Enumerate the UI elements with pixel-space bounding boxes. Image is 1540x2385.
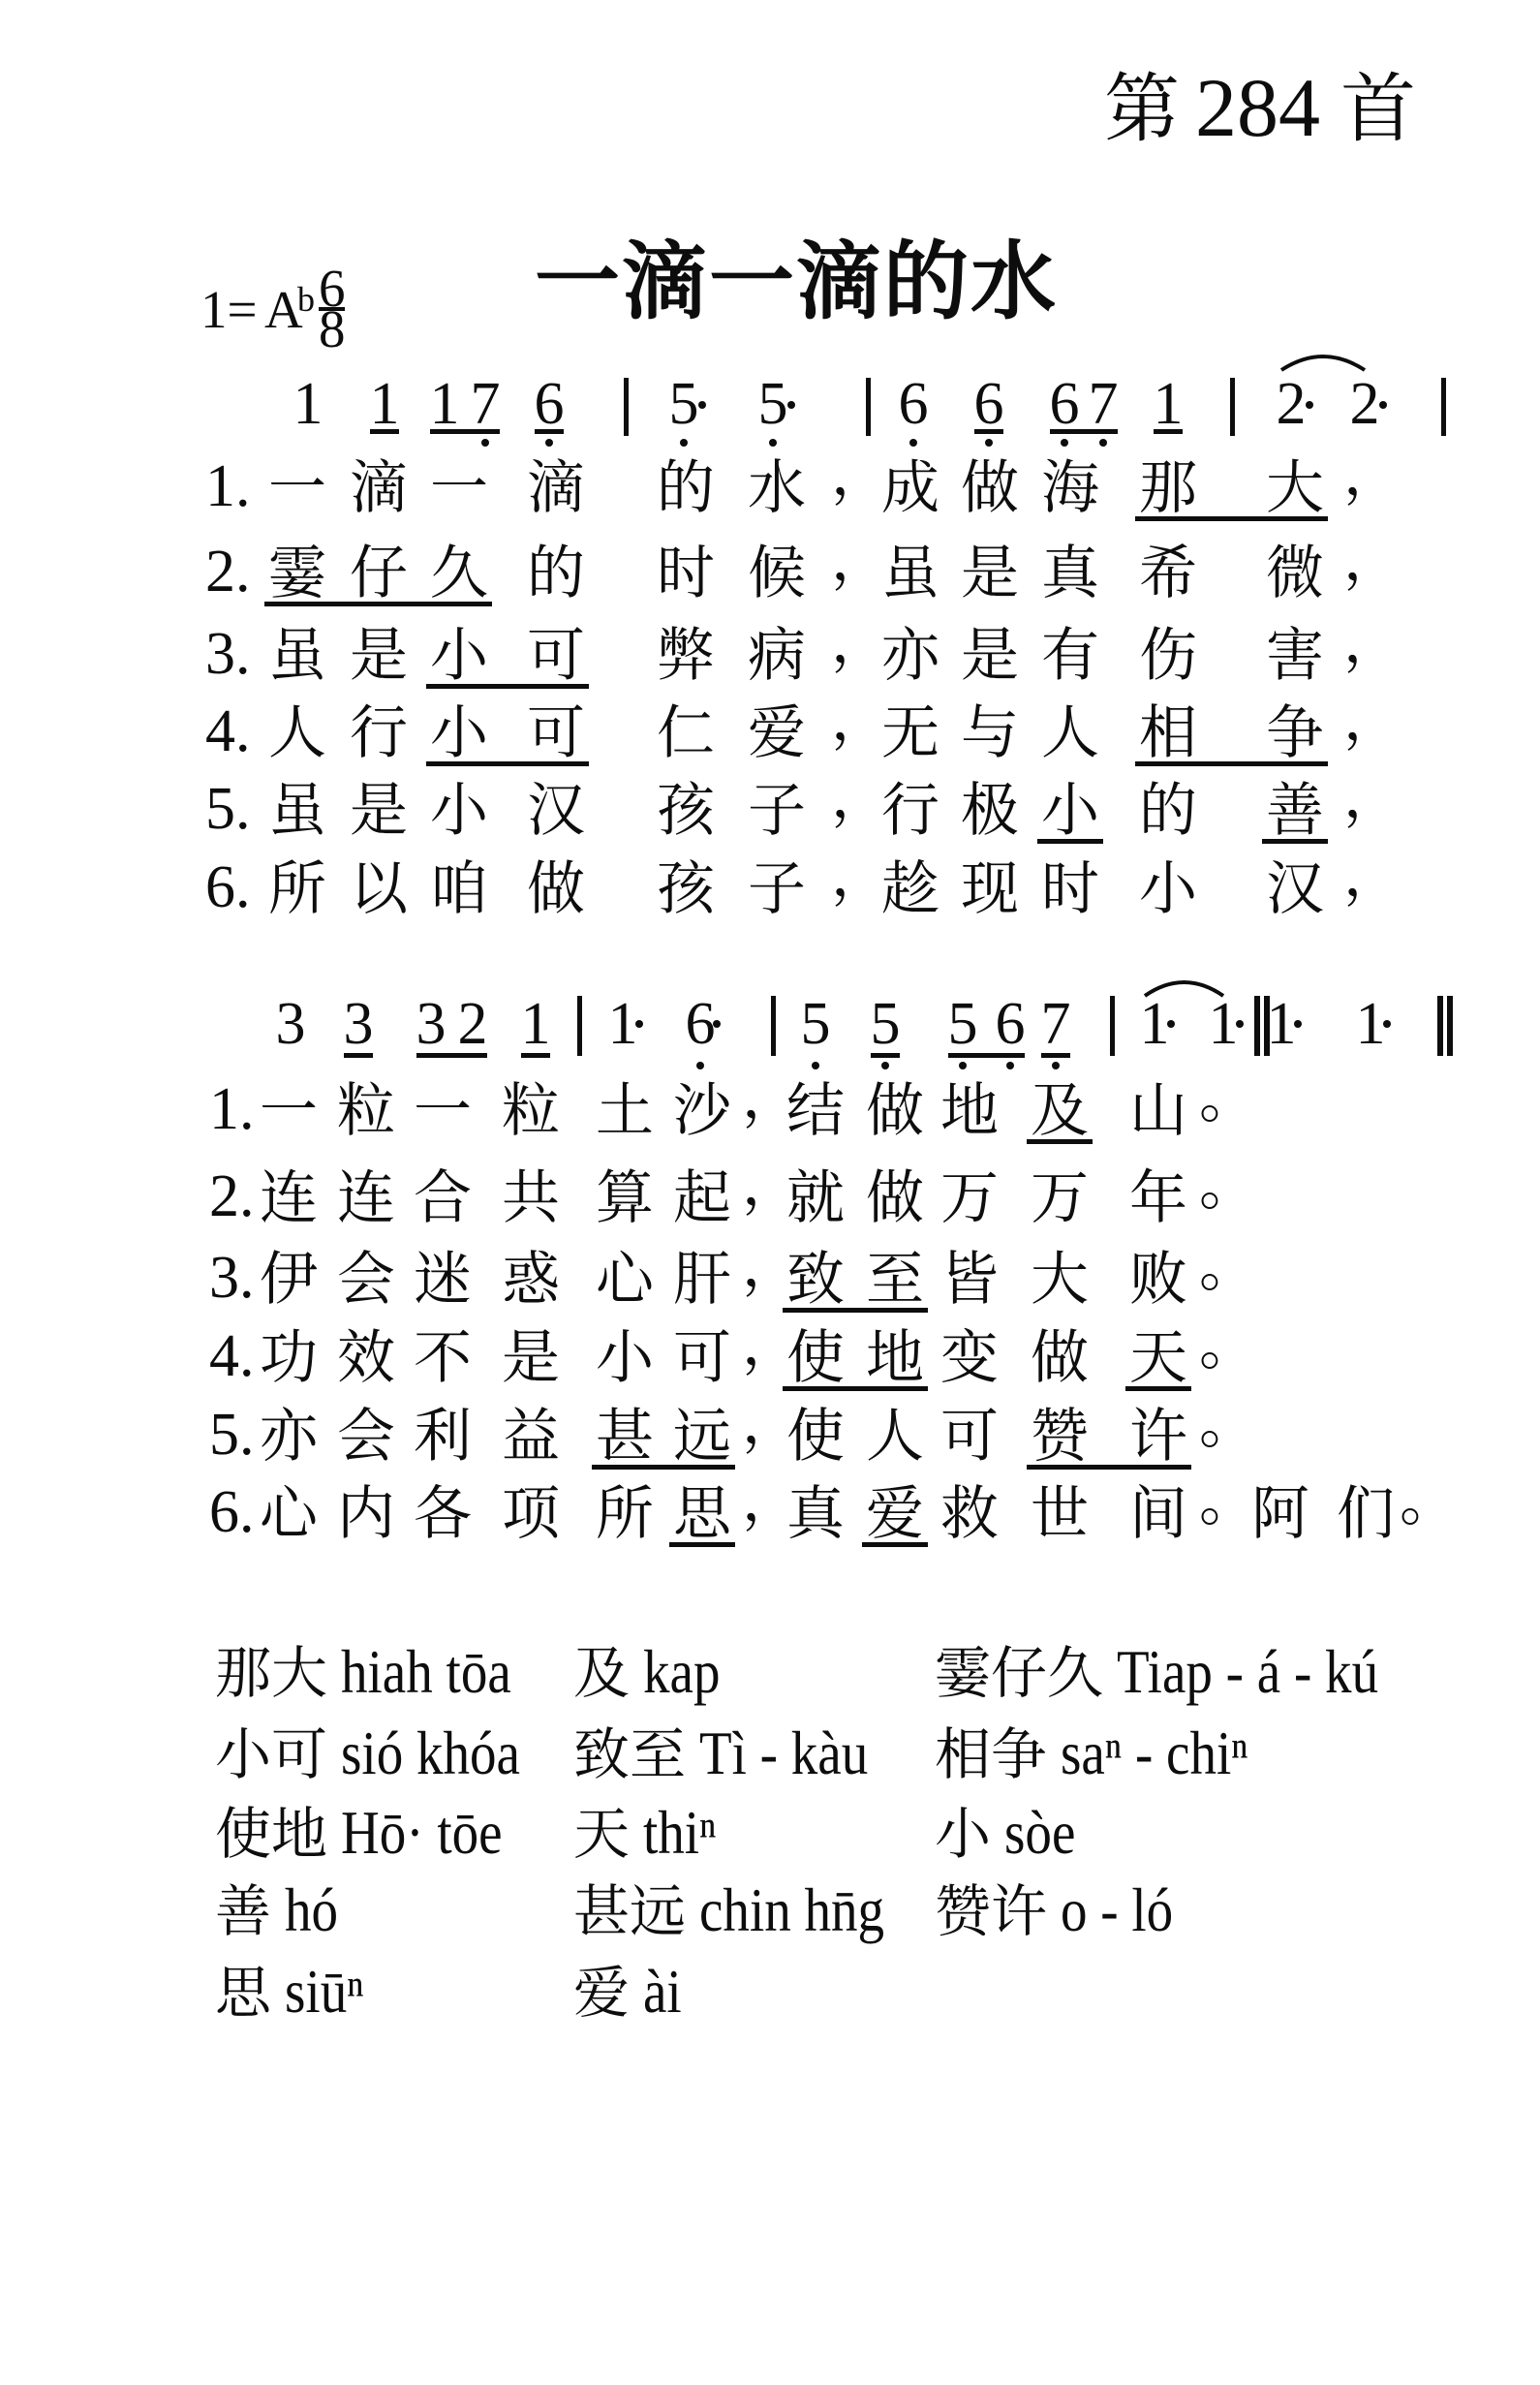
lyric-char: 会 [331,1403,401,1471]
lyric-char: 微 [1260,540,1330,607]
lyric-char: 是 [955,622,1025,690]
glossary-romanization: o - ló [1061,1876,1173,1944]
verse-number: 5. [205,779,251,839]
note-digit: 1 [425,374,464,434]
lyric-char: 合 [408,1164,477,1232]
note-digit: 6 [530,374,569,434]
barline [1230,378,1235,436]
lyric-underline [426,684,589,689]
glossary-romanization: Tì - kàu [699,1719,868,1787]
lyric-punctuation: ， [1338,763,1407,831]
lyric-char: 人 [262,699,332,767]
low-octave-dot [985,439,993,447]
lyric-char: 连 [331,1164,401,1232]
note-digit: 1 [289,374,327,434]
verse-number: 4. [209,1326,255,1386]
lyric-char: 致 [781,1246,850,1314]
glossary-romanization: Tiap - á - kú [1117,1638,1378,1706]
lyric-char: 仔 [344,540,414,607]
lyric-char: 孩 [651,777,721,845]
note-digit: 2 [453,994,492,1054]
lyric-char: 小 [1035,777,1105,845]
glossary-entry: 相争saⁿ - chiⁿ [935,1719,1278,1787]
lyric-underline [426,761,589,766]
glossary-romanization: Hō· tōe [341,1799,503,1867]
lyric-char: 及 [1025,1077,1094,1145]
lyric-punctuation: ， [1338,608,1407,676]
note-digit: 5 [796,994,835,1054]
lyric-char: 弊 [651,622,721,690]
lyric-char: 地 [935,1077,1004,1145]
lyric-char: 皆 [935,1246,1004,1314]
lyric-char: 时 [651,540,721,607]
note-digit: 7 [466,374,505,434]
barline [1441,378,1446,436]
glossary-romanization: ài [643,1958,682,2026]
lyric-char: 起 [667,1164,737,1232]
lyric-char: 可 [935,1403,1004,1471]
note-digit: 7 [1036,994,1075,1054]
note-digit: 5 [664,374,703,434]
glossary-term: 小可 [215,1721,327,1787]
lyric-char: 就 [781,1164,850,1232]
hymn-number: 284 [1195,66,1320,149]
lyric-char: 仁 [651,699,721,767]
note-underline [370,429,399,434]
note-digit: 6 [970,374,1008,434]
lyric-char: 山 [1124,1077,1193,1145]
lyric-char: 子 [742,855,812,923]
glossary-romanization: hó [285,1876,338,1944]
lyric-char: 内 [331,1480,401,1548]
lyric-char: 天 [1124,1324,1193,1392]
glossary-romanization: sòe [1004,1799,1075,1867]
lyric-underline [669,1542,735,1547]
lyric-char: 一 [254,1077,323,1145]
lyric-char: 益 [496,1403,566,1471]
lyric-char: 有 [1035,622,1105,690]
verse-number: 1. [209,1079,255,1139]
barline [624,378,629,436]
lyric-char: 思 [667,1480,737,1548]
lyric-char: 大 [1260,454,1330,522]
lyric-char: 无 [876,699,945,767]
lyric-char: 孩 [651,855,721,923]
lyric-char: 小 [590,1324,660,1392]
note-digit: 5 [943,994,982,1054]
barline [577,996,582,1056]
note-underline [1041,1053,1070,1058]
glossary-entry: 天thiⁿ [573,1799,728,1867]
lyric-char: 候 [742,540,812,607]
lyric-punctuation: 。 [1193,1389,1263,1457]
hymn-number-prefix: 第 [1104,72,1180,147]
lyric-char: 所 [262,855,332,923]
lyric-char: 间 [1124,1480,1193,1548]
augmentation-dot [635,1020,643,1028]
verse-number: 3. [209,1248,255,1308]
lyric-char: 是 [344,622,414,690]
lyric-char: 沙 [667,1077,737,1145]
lyric-char: 会 [331,1246,401,1314]
barline [1110,996,1115,1056]
lyric-char: 地 [860,1324,930,1392]
lyric-char: 土 [590,1077,660,1145]
note-digit: 1 [1149,374,1187,434]
lyric-char: 肝 [667,1246,737,1314]
glossary-romanization: saⁿ - chiⁿ [1061,1719,1248,1787]
lyric-char: 伤 [1133,622,1203,690]
glossary-term: 小 [935,1801,991,1867]
lyric-underline [1262,839,1328,844]
augmentation-dot [787,401,795,409]
verse-number: 1. [205,456,251,516]
lyric-char: 那 [1133,454,1203,522]
verse-number: 3. [205,624,251,684]
lyric-char: 极 [955,777,1025,845]
glossary-term: 思 [215,1960,271,2026]
glossary-entry: 使地Hō· tōe [215,1799,529,1867]
glossary-term: 天 [573,1801,630,1867]
lyric-char: 一 [424,454,494,522]
glossary-entry: 赞许o - ló [935,1876,1191,1944]
glossary-entry: 思siūⁿ [215,1958,377,2026]
lyric-char: 小 [424,622,494,690]
low-octave-dot [545,439,553,447]
lyric-char: 人 [1035,699,1105,767]
lyric-char: 万 [935,1164,1004,1232]
final-barline-stroke [1437,996,1443,1056]
lyric-char: 小 [424,699,494,767]
low-octave-dot [881,1062,889,1069]
lyric-char: 伊 [254,1246,323,1314]
verse-number: 2. [205,542,251,602]
lyric-char: 海 [1035,454,1105,522]
lyric-char: 做 [955,454,1025,522]
lyric-char: 趁 [876,855,945,923]
tie-arc [1143,975,1225,1000]
lyric-char: 病 [742,622,812,690]
lyric-char: 小 [424,777,494,845]
lyric-char: 咱 [424,855,494,923]
lyric-underline [1135,761,1328,766]
glossary-term: 霎仔久 [935,1640,1103,1706]
lyric-char: 共 [496,1164,566,1232]
low-octave-dot [909,439,917,447]
glossary-romanization: thiⁿ [643,1799,716,1867]
lyric-underline [1027,1465,1191,1470]
lyric-char: 行 [344,699,414,767]
low-octave-dot [696,1062,704,1069]
lyric-char: 是 [344,777,414,845]
lyric-underline [1027,1139,1093,1144]
lyric-char: 汉 [1260,855,1330,923]
verse-number: 6. [209,1482,255,1542]
lyric-punctuation: 。 [1193,1064,1263,1131]
lyric-punctuation: 。 [1193,1311,1263,1378]
note-digit: 5 [866,994,905,1054]
lyric-char: 爱 [860,1480,930,1548]
lyric-char: 争 [1260,699,1330,767]
lyric-char: 爱 [742,699,812,767]
song-title: 一滴一滴的水 [535,239,1058,325]
lyric-underline [592,1465,735,1470]
lyric-char: 不 [408,1324,477,1392]
glossary-entry: 善hó [215,1876,347,1944]
lyric-char: 粒 [331,1077,401,1145]
lyric-char: 以 [344,855,414,923]
lyric-char: 功 [254,1324,323,1392]
lyric-char: 连 [254,1164,323,1232]
lyric-char: 成 [876,454,945,522]
lyric-char: 心 [590,1246,660,1314]
note-digit: 6 [1045,374,1084,434]
lyric-char: 久 [424,540,494,607]
verse-number: 4. [205,701,251,761]
note-underline [1050,429,1118,434]
lyric-char: 时 [1035,855,1105,923]
glossary-term: 及 [573,1640,630,1706]
lyric-char: 虽 [876,540,945,607]
note-digit: 2 [1345,374,1384,434]
lyric-char: 希 [1133,540,1203,607]
lyric-char: 败 [1124,1246,1193,1314]
lyric-char: 亦 [254,1403,323,1471]
glossary-term: 那大 [215,1640,327,1706]
lyric-char: 行 [876,777,945,845]
note-digit: 1 [516,994,555,1054]
lyric-punctuation: ， [1338,842,1407,910]
low-octave-dot [1099,439,1107,447]
lyric-char: 项 [496,1480,566,1548]
glossary-entry: 甚远chin hn̄g [573,1876,914,1944]
lyric-char: 心 [254,1480,323,1548]
glossary-romanization: chin hn̄g [699,1876,884,1944]
lyric-char: 利 [408,1403,477,1471]
lyric-char: 现 [955,855,1025,923]
note-underline [535,429,564,434]
low-octave-dot [1061,439,1068,447]
low-octave-dot [812,1062,819,1069]
glossary-term: 使地 [215,1801,327,1867]
lyric-char: 可 [521,622,591,690]
glossary-entry: 小可sió khóa [215,1719,549,1787]
lyric-char: 许 [1124,1403,1193,1471]
glossary-term: 甚远 [573,1878,686,1944]
augmentation-dot [1167,1020,1175,1028]
lyric-char: 做 [860,1077,930,1145]
tie-arc [1279,349,1367,374]
lyric-char: 各 [408,1480,477,1548]
glossary-term: 致至 [573,1721,686,1787]
note-digit: 3 [412,994,450,1054]
lyric-char: 世 [1025,1480,1094,1548]
glossary-entry: 那大hiah tōa [215,1638,539,1706]
lyric-char: 所 [590,1480,660,1548]
lyric-char: 救 [935,1480,1004,1548]
double-barline-stroke [1254,996,1260,1056]
lyric-char: 害 [1260,622,1330,690]
glossary-entry: 爱ài [573,1958,688,2026]
lyric-char: 的 [521,540,591,607]
note-underline [521,1053,550,1058]
lyric-char: 小 [1133,855,1203,923]
lyric-underline [862,1542,928,1547]
glossary-romanization: kap [643,1638,720,1706]
glossary-term: 相争 [935,1721,1047,1787]
lyric-char: 一 [408,1077,477,1145]
lyric-punctuation: ， [1338,526,1407,594]
final-barline-stroke [1447,996,1453,1056]
glossary-term: 善 [215,1878,271,1944]
time-signature-denominator: 8 [319,302,345,356]
lyric-char: 做 [860,1164,930,1232]
note-digit: 6 [894,374,933,434]
lyric-char: 滴 [344,454,414,522]
lyric-char: 粒 [496,1077,566,1145]
lyric-char: 可 [521,699,591,767]
lyric-char: 年 [1124,1164,1193,1232]
glossary-entry: 霎仔久Tiap - á - kú [935,1638,1421,1706]
lyric-char: 的 [651,454,721,522]
lyric-char: 虽 [262,777,332,845]
lyric-char: 人 [860,1403,930,1471]
lyric-char: 可 [667,1324,737,1392]
lyric-char: 相 [1133,699,1203,767]
lyric-char: 结 [781,1077,850,1145]
lyric-char: 至 [860,1246,930,1314]
lyric-char: 是 [955,540,1025,607]
lyric-char: 变 [935,1324,1004,1392]
glossary-term: 爱 [573,1960,630,2026]
lyric-punctuation: ， [1338,441,1407,509]
lyric-punctuation: 。 [1394,1467,1463,1534]
note-digit: 6 [991,994,1030,1054]
lyric-char: 善 [1260,777,1330,845]
low-octave-dot [481,439,489,447]
lyric-underline [264,602,492,606]
lyric-char: 虽 [262,622,332,690]
verse-number: 2. [209,1166,255,1226]
augmentation-dot [1306,401,1313,409]
lyric-char: 惑 [496,1246,566,1314]
glossary-term: 赞许 [935,1878,1047,1944]
lyric-char: 真 [1035,540,1105,607]
augmentation-dot [1294,1020,1302,1028]
glossary-entry: 致至Tì - kàu [573,1719,896,1787]
lyric-char: 做 [1025,1324,1094,1392]
augmentation-dot [713,1020,721,1028]
hymn-page: 第 284 首 一滴一滴的水 1= A b 6 8 11176556667122… [0,0,1540,2385]
low-octave-dot [1006,1062,1014,1069]
low-octave-dot [769,439,777,447]
lyric-char: 霎 [262,540,332,607]
note-underline [430,429,500,434]
key-label: 1= [200,283,258,336]
lyric-char: 使 [781,1324,850,1392]
glossary-romanization: sió khóa [341,1719,520,1787]
barline [771,996,776,1056]
key-accidental: b [297,282,315,317]
lyric-char: 是 [496,1324,566,1392]
lyric-char: 万 [1025,1164,1094,1232]
lyric-punctuation: ， [1338,686,1407,754]
lyric-char: 大 [1025,1246,1094,1314]
glossary-entry: 及kap [573,1638,732,1706]
note-digit: 7 [1084,374,1123,434]
note-underline [948,1053,1025,1058]
note-digit: 3 [339,994,378,1054]
lyric-underline [1037,839,1103,844]
note-digit: 1 [365,374,404,434]
verse-number: 6. [205,857,251,917]
hymn-number-suffix: 首 [1340,72,1416,147]
lyric-char: 亦 [876,622,945,690]
lyric-char: 水 [742,454,812,522]
lyric-char: 汉 [521,777,591,845]
lyric-underline [1125,1386,1191,1391]
note-digit: 2 [1272,374,1310,434]
note-underline [974,429,1003,434]
lyric-char: 甚 [590,1403,660,1471]
lyric-underline [1135,516,1328,521]
lyric-char: 一 [262,454,332,522]
lyric-char: 阿 [1246,1480,1315,1548]
note-underline [871,1053,900,1058]
augmentation-dot [698,401,706,409]
augmentation-dot [1383,1020,1391,1028]
lyric-char: 子 [742,777,812,845]
lyric-punctuation: 。 [1193,1232,1263,1300]
lyric-char: 做 [521,855,591,923]
lyric-char: 赞 [1025,1403,1094,1471]
augmentation-dot [1379,401,1387,409]
glossary-romanization: siūⁿ [285,1958,364,2026]
verse-number: 5. [209,1405,255,1465]
note-underline [344,1053,373,1058]
low-octave-dot [680,439,688,447]
lyric-char: 算 [590,1164,660,1232]
lyric-char: 与 [955,699,1025,767]
note-underline [1154,429,1183,434]
lyric-char: 使 [781,1403,850,1471]
glossary-entry: 小sòe [935,1799,1087,1867]
note-digit: 3 [271,994,310,1054]
lyric-char: 远 [667,1403,737,1471]
barline [866,378,871,436]
lyric-char: 迷 [408,1246,477,1314]
low-octave-dot [959,1062,967,1069]
lyric-char: 滴 [521,454,591,522]
lyric-char: 们 [1331,1480,1401,1548]
glossary-romanization: hiah tōa [341,1638,511,1706]
lyric-char: 的 [1133,777,1203,845]
lyric-char: 效 [331,1324,401,1392]
augmentation-dot [1236,1020,1244,1028]
lyric-char: 真 [781,1480,850,1548]
lyric-punctuation: 。 [1193,1151,1263,1219]
note-digit: 5 [754,374,792,434]
note-underline [416,1053,487,1058]
low-octave-dot [1052,1062,1060,1069]
